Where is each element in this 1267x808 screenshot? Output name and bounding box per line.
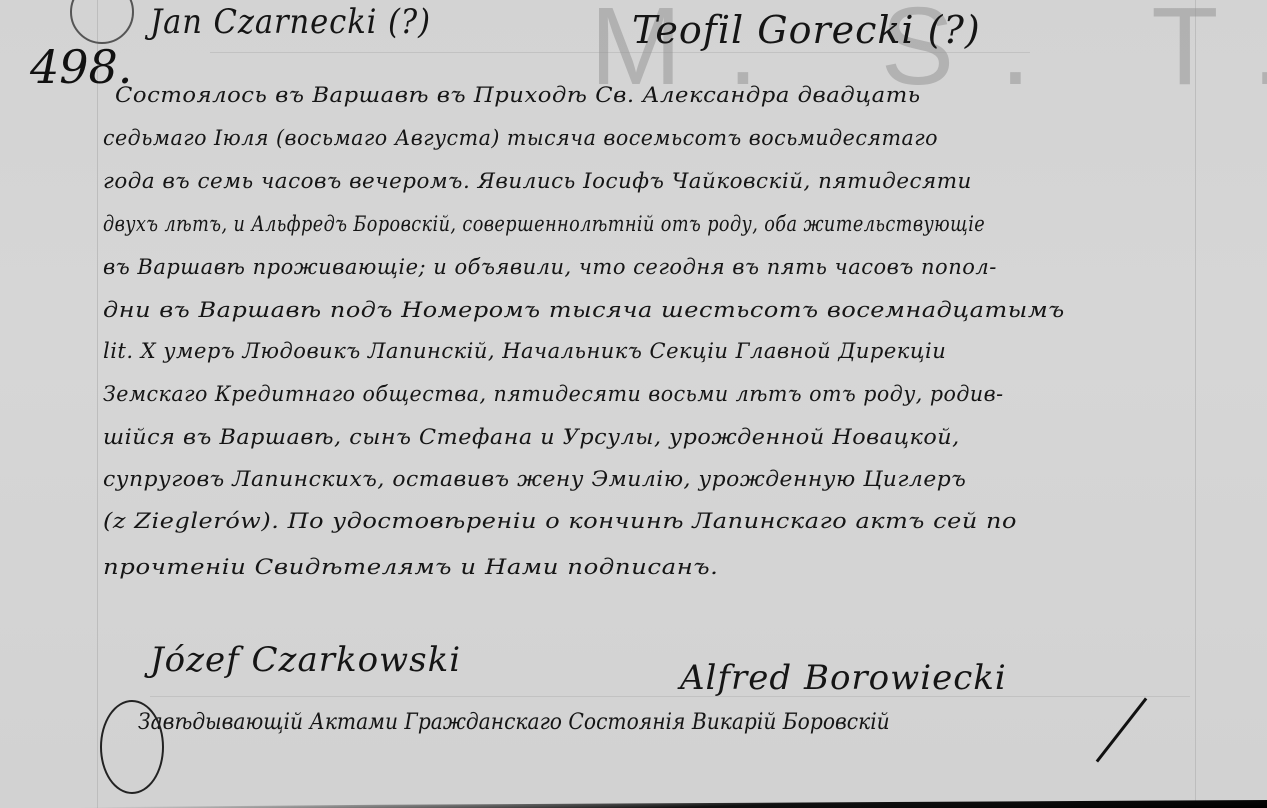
- signature-bottom-right: Alfred Borowiecki: [680, 658, 1007, 698]
- body-line: супруговъ Лапинскихъ, оставивъ жену Эмил…: [103, 467, 966, 491]
- signature-top-right: Teofil Gorecki (?): [632, 8, 981, 52]
- right-margin-rule: [1195, 0, 1196, 808]
- scan-edge-shadow: [0, 800, 1267, 808]
- body-line: lit. X умеръ Людовикъ Лапинскій, Начальн…: [103, 339, 946, 363]
- body-line: Земскаго Кредитнаго общества, пятидесяти…: [103, 382, 1004, 406]
- ruled-line: [150, 696, 1190, 697]
- flourish-decoration: [70, 0, 134, 44]
- signature-official: Завѣдывающій Актами Гражданскаго Состоян…: [138, 710, 890, 735]
- flourish-decoration: [100, 700, 164, 794]
- body-line: двухъ лѣтъ, и Альфредъ Боровскій, соверш…: [103, 212, 985, 236]
- body-line: седьмаго Іюля (восьмаго Августа) тысяча …: [103, 126, 938, 150]
- body-line: въ Варшавѣ проживающіе; и объявили, что …: [103, 255, 997, 279]
- signature-bottom-left: Józef Czarkowski: [150, 640, 461, 680]
- body-line: (z Zieglerów). По удостовѣреніи о кончин…: [103, 509, 1017, 533]
- body-line: года въ семь часовъ вечеромъ. Явились Іо…: [103, 169, 972, 193]
- left-margin-rule: [97, 0, 98, 808]
- body-line: прочтеніи Свидѣтелямъ и Нами подписанъ.: [103, 555, 718, 579]
- body-line: дни въ Варшавѣ подъ Номеромъ тысяча шест…: [103, 298, 1065, 322]
- signature-top-left: Jan Czarnecki (?): [150, 2, 431, 42]
- document-page: M. S. T. W Jan Czarnecki (?) Teofil Gore…: [0, 0, 1267, 808]
- body-line: Состоялось въ Варшавѣ въ Приходѣ Св. Але…: [115, 83, 921, 107]
- closing-stroke: [1096, 698, 1148, 763]
- body-line: шійся въ Варшавѣ, сынъ Стефана и Урсулы,…: [103, 425, 960, 449]
